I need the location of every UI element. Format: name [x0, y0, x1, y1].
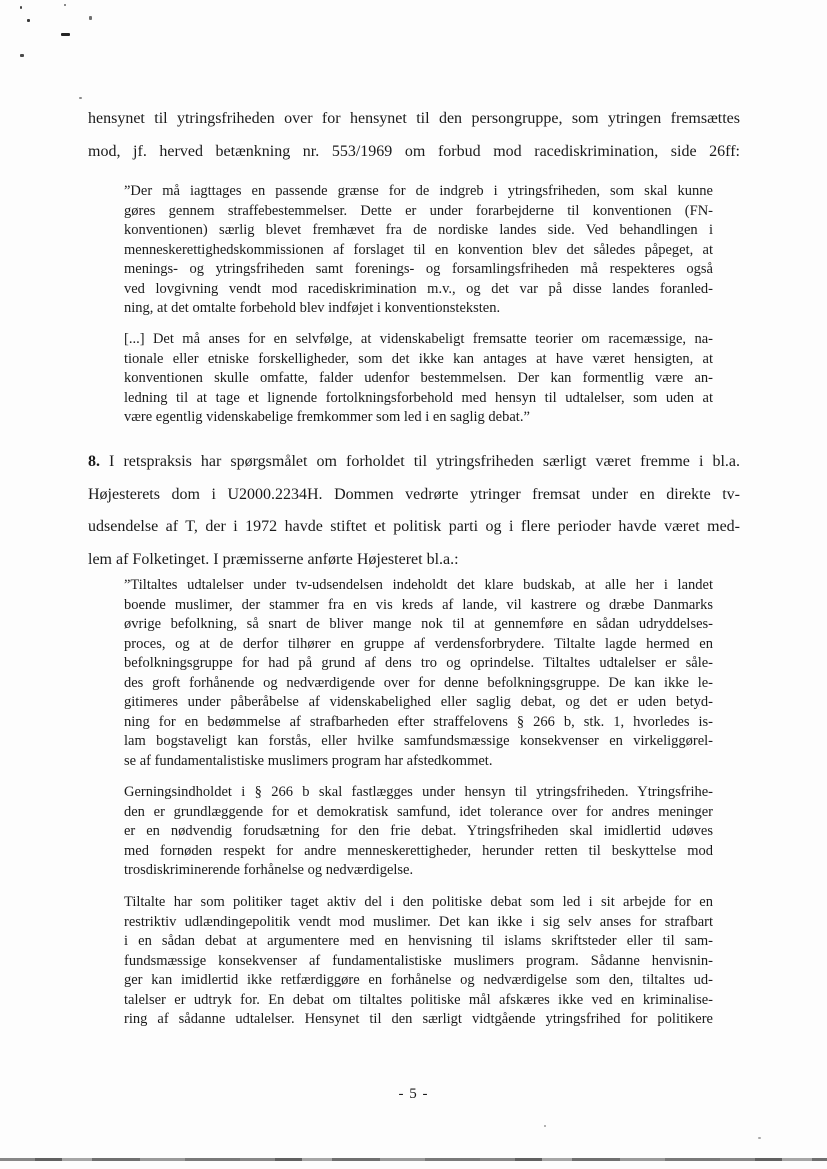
text-line: trosdiskriminerende forhånelse og nedvær…	[124, 861, 713, 881]
scan-speck	[20, 54, 24, 57]
page-number: - 5 -	[0, 1086, 827, 1103]
text-line: se af fundamentalistiske muslimers progr…	[124, 752, 713, 772]
text-line: konventionen skulle omfatte, falder uden…	[124, 369, 713, 389]
scanned-document-page: hensynet til ytringsfriheden over for he…	[0, 0, 827, 1169]
text-line: ring af sådanne udtalelser. Hensynet til…	[124, 1010, 713, 1030]
text-line: gøres gennem straffebestemmelser. Dette …	[124, 202, 713, 222]
text-line: boende muslimer, der stammer fra en vis …	[124, 596, 713, 616]
text-line: er en nødvendig forudsætning for den fri…	[124, 822, 713, 842]
text-line: befolkningsgruppe for had på grund af de…	[124, 654, 713, 674]
hoejesteret-quote-paragraph-1: ”Tiltaltes udtalelser under tv-udsendels…	[124, 576, 713, 771]
text-line: med fornøden respekt for andre mennesker…	[124, 842, 713, 862]
scan-speck	[61, 33, 70, 36]
text-line: [...] Det må anses for en selvfølge, at …	[124, 330, 713, 350]
text-line: fundsmæssige konsekvenser af fundamental…	[124, 952, 713, 972]
text-line: Højesterets dom i U2000.2234H. Dommen ve…	[88, 479, 740, 512]
text-line: ved lovgivning vendt mod racediskriminat…	[124, 280, 713, 300]
betaenkning-quote-paragraph-1: ”Der må iagttages en passende grænse for…	[124, 182, 713, 319]
section-8-paragraph: 8. I retspraksis har spørgsmålet om forh…	[88, 446, 740, 576]
text-line: tionale eller etniske forskelligheder, s…	[124, 350, 713, 370]
section-first-line: I retspraksis har spørgsmålet om forhold…	[100, 453, 740, 470]
text-line: menneskerettighedskommissionen af forsla…	[124, 241, 713, 261]
text-line: restriktiv udlændingepolitik vendt mod m…	[124, 913, 713, 933]
text-line: talelser er udtryk for. En debat om tilt…	[124, 991, 713, 1011]
scan-speck	[27, 19, 30, 22]
text-line: menings- og ytringsfriheden samt forenin…	[124, 260, 713, 280]
text-line: gitimeres under påberåbelse af videnskab…	[124, 693, 713, 713]
text-line: mod, jf. herved betænkning nr. 553/1969 …	[88, 136, 740, 169]
scan-speck	[20, 6, 22, 9]
hoejesteret-quote-paragraph-3: Tiltalte har som politiker taget aktiv d…	[124, 893, 713, 1030]
intro-paragraph: hensynet til ytringsfriheden over for he…	[88, 103, 740, 168]
text-line: Gerningsindholdet i § 266 b skal fastlæg…	[124, 783, 713, 803]
betaenkning-quote-paragraph-2: [...] Det må anses for en selvfølge, at …	[124, 330, 713, 428]
text-line: ”Tiltaltes udtalelser under tv-udsendels…	[124, 576, 713, 596]
scan-speck	[79, 97, 82, 99]
text-line: udsendelse af T, der i 1972 havde stifte…	[88, 511, 740, 544]
text-line: lem af Folketinget. I præmisserne anført…	[88, 544, 740, 577]
text-line: 8. I retspraksis har spørgsmålet om forh…	[88, 446, 740, 479]
text-line: ning, at det omtalte forbehold blev indf…	[124, 299, 713, 319]
scan-speck	[89, 16, 92, 20]
text-line: des groft forhånende og nedværdigende ov…	[124, 674, 713, 694]
text-line: øvrige befolkning, så snart de bliver ma…	[124, 615, 713, 635]
scan-artifact-line	[0, 1158, 827, 1161]
text-line: være egentlig videnskabelige fremkommer …	[124, 408, 713, 428]
text-line: lam bogstaveligt kan forstås, eller hvil…	[124, 732, 713, 752]
text-line: ger kan imidlertid ikke retfærdiggøre en…	[124, 971, 713, 991]
hoejesteret-quote-paragraph-2: Gerningsindholdet i § 266 b skal fastlæg…	[124, 783, 713, 881]
text-line: Tiltalte har som politiker taget aktiv d…	[124, 893, 713, 913]
text-line: den er grundlæggende for et demokratisk …	[124, 803, 713, 823]
text-line: ning for en bedømmelse af strafbarheden …	[124, 713, 713, 733]
scan-speck	[64, 4, 66, 6]
text-line: i en sådan debat at argumentere med en h…	[124, 932, 713, 952]
text-line: hensynet til ytringsfriheden over for he…	[88, 103, 740, 136]
scan-speck	[544, 1125, 546, 1127]
scan-speck	[758, 1137, 761, 1139]
text-line: ”Der må iagttages en passende grænse for…	[124, 182, 713, 202]
section-number: 8.	[88, 453, 100, 470]
text-line: proces, og at de derfor tilhører en grup…	[124, 635, 713, 655]
text-line: ledning til at tage et lignende fortolkn…	[124, 389, 713, 409]
text-line: konventionen) særlig blevet fremhævet fr…	[124, 221, 713, 241]
